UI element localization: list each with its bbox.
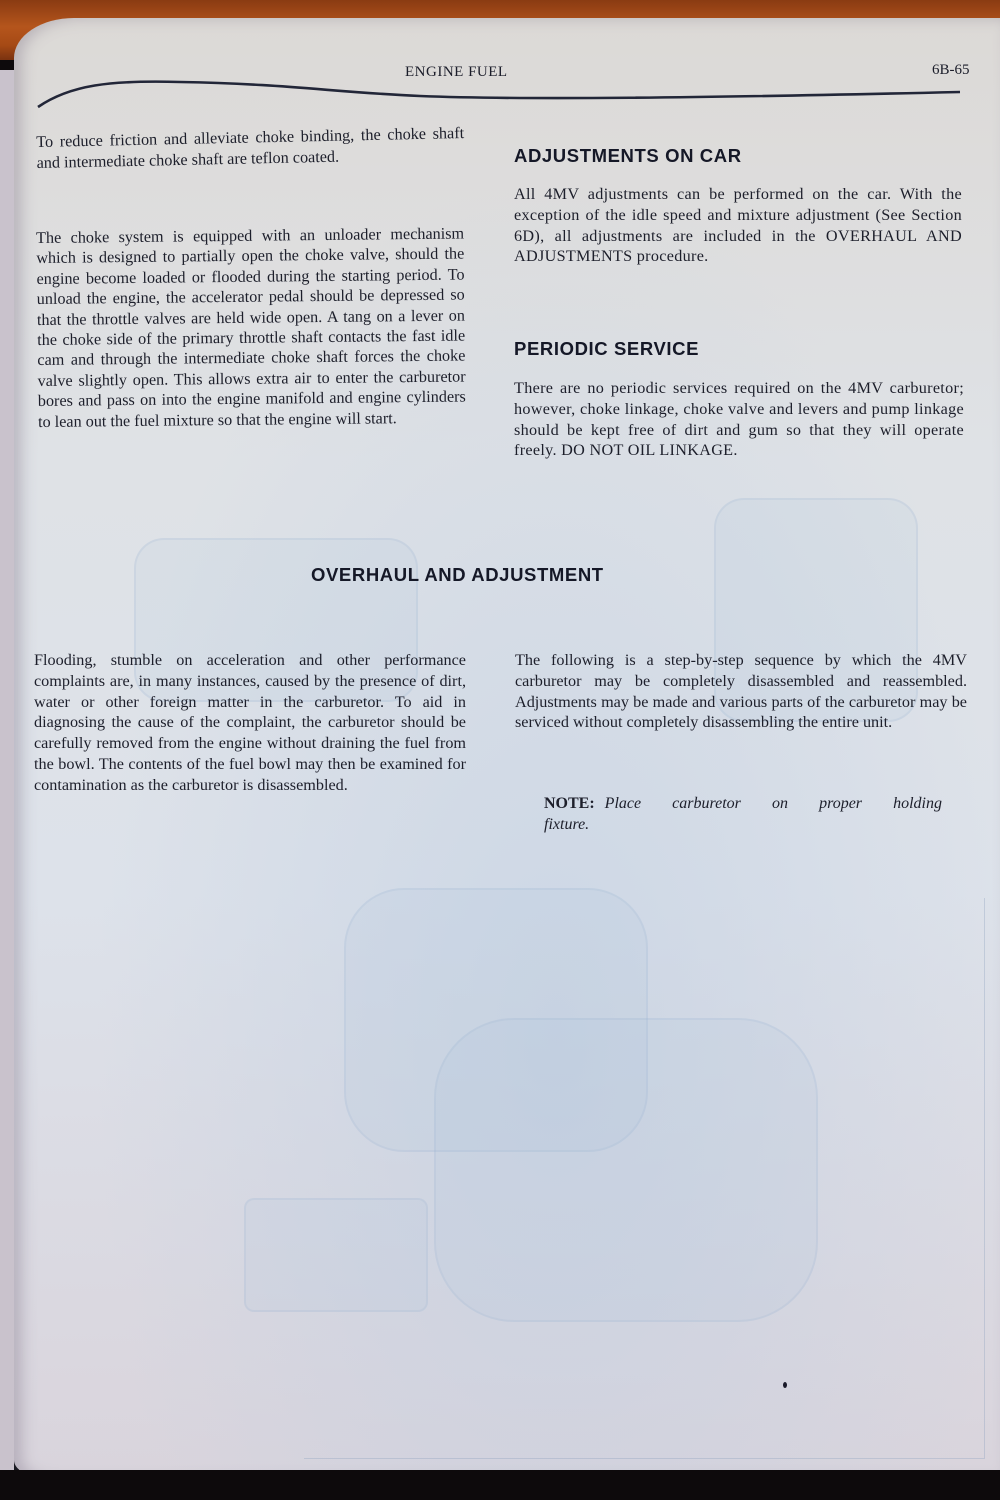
section-heading-adjustments-on-car: ADJUSTMENTS ON CAR	[514, 145, 742, 167]
step-by-step-paragraph: The following is a step-by-step sequence…	[515, 650, 967, 733]
bottom-shadow	[0, 1470, 1000, 1500]
note-text: Place carburetor on proper holding fixtu…	[544, 795, 942, 833]
page-number: 6B-65	[932, 62, 970, 79]
paragraph-text: All 4MV adjustments can be performed on …	[514, 184, 962, 267]
paragraph-text: There are no periodic services required …	[514, 378, 964, 461]
section-heading-periodic-service: PERIODIC SERVICE	[514, 338, 699, 360]
adjustments-on-car-paragraph: All 4MV adjustments can be performed on …	[514, 184, 962, 267]
section-heading-overhaul-and-adjustment: OVERHAUL AND ADJUSTMENT	[311, 564, 604, 586]
flooding-paragraph: Flooding, stumble on acceleration and ot…	[34, 650, 466, 796]
paragraph-text: The choke system is equipped with an unl…	[36, 224, 466, 433]
running-head: ENGINE FUEL	[405, 64, 508, 81]
periodic-service-paragraph: There are no periodic services required …	[514, 378, 964, 461]
note-block: NOTE:Place carburetor on proper holding …	[544, 793, 942, 835]
illustration-frame	[304, 898, 985, 1459]
paragraph-text: Flooding, stumble on acceleration and ot…	[34, 650, 466, 796]
paragraph-text: The following is a step-by-step sequence…	[515, 650, 967, 733]
note-label: NOTE:	[544, 795, 595, 812]
ink-speck	[783, 1382, 787, 1388]
unloader-paragraph: The choke system is equipped with an unl…	[36, 224, 466, 433]
